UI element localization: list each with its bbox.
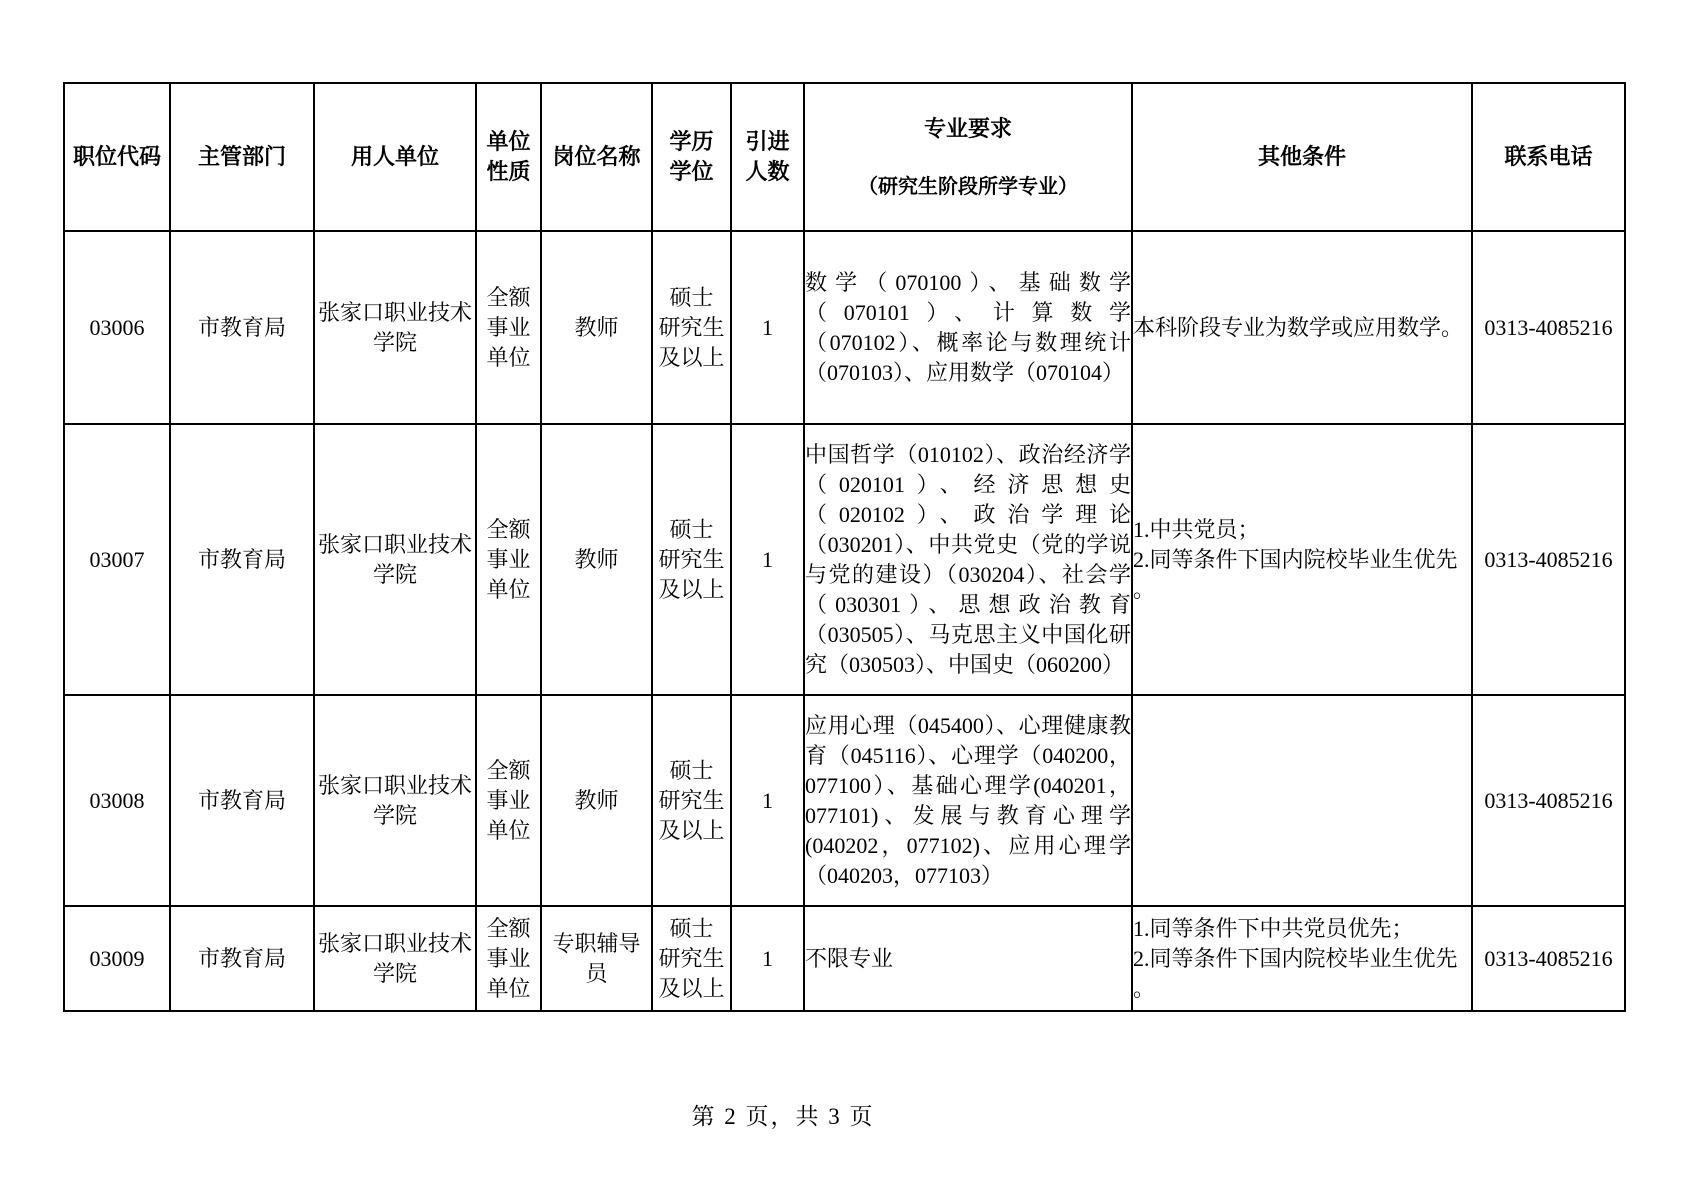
table-row: 03006 市教育局 张家口职业技术学院 全额 事业 单位 教师 硕士 研究生 …: [64, 231, 1625, 424]
cell-department: 市教育局: [170, 424, 314, 695]
cell-employer: 张家口职业技术学院: [314, 424, 476, 695]
cell-position-name: 教师: [541, 695, 652, 906]
cell-education: 硕士 研究生 及以上: [652, 695, 731, 906]
document-page: 职位代码 主管部门 用人单位 单位 性质 岗位名称 学历 学位 引进 人数 专业…: [0, 0, 1684, 1191]
cell-department: 市教育局: [170, 231, 314, 424]
header-major-requirements: 专业要求 （研究生阶段所学专业）: [804, 83, 1132, 231]
cell-unit-type: 全额 事业 单位: [476, 906, 541, 1011]
cell-headcount: 1: [731, 906, 804, 1011]
table-row: 03008 市教育局 张家口职业技术学院 全额 事业 单位 教师 硕士 研究生 …: [64, 695, 1625, 906]
header-phone: 联系电话: [1472, 83, 1625, 231]
cell-department: 市教育局: [170, 906, 314, 1011]
cell-phone: 0313-4085216: [1472, 231, 1625, 424]
cell-position-code: 03006: [64, 231, 170, 424]
cell-department: 市教育局: [170, 695, 314, 906]
header-unit-type: 单位 性质: [476, 83, 541, 231]
header-other-conditions: 其他条件: [1132, 83, 1472, 231]
cell-phone: 0313-4085216: [1472, 695, 1625, 906]
header-major-subtitle: （研究生阶段所学专业）: [805, 174, 1131, 200]
cell-headcount: 1: [731, 231, 804, 424]
table-row: 03007 市教育局 张家口职业技术学院 全额 事业 单位 教师 硕士 研究生 …: [64, 424, 1625, 695]
cell-headcount: 1: [731, 695, 804, 906]
cell-major-requirements: 中国哲学（010102）、政治经济学（020101）、经济思想史（020102）…: [804, 424, 1132, 695]
table-row: 03009 市教育局 张家口职业技术学院 全额 事业 单位 专职辅导员 硕士 研…: [64, 906, 1625, 1011]
cell-employer: 张家口职业技术学院: [314, 695, 476, 906]
header-position-code: 职位代码: [64, 83, 170, 231]
cell-education: 硕士 研究生 及以上: [652, 231, 731, 424]
cell-other-conditions: 本科阶段专业为数学或应用数学。: [1132, 231, 1472, 424]
cell-phone: 0313-4085216: [1472, 906, 1625, 1011]
page-indicator: 第 2 页，共 3 页: [63, 1098, 1503, 1131]
cell-unit-type: 全额 事业 单位: [476, 231, 541, 424]
cell-headcount: 1: [731, 424, 804, 695]
cell-other-conditions: 1.中共党员； 2.同等条件下国内院校毕业生优先 。: [1132, 424, 1472, 695]
cell-other-conditions: [1132, 695, 1472, 906]
cell-position-name: 教师: [541, 231, 652, 424]
positions-table: 职位代码 主管部门 用人单位 单位 性质 岗位名称 学历 学位 引进 人数 专业…: [63, 82, 1626, 1012]
cell-education: 硕士 研究生 及以上: [652, 424, 731, 695]
cell-position-name: 教师: [541, 424, 652, 695]
cell-employer: 张家口职业技术学院: [314, 906, 476, 1011]
cell-education: 硕士 研究生 及以上: [652, 906, 731, 1011]
header-position-name: 岗位名称: [541, 83, 652, 231]
header-major-title: 专业要求: [805, 114, 1131, 144]
cell-major-requirements: 应用心理（045400）、心理健康教育（045116）、心理学（040200，0…: [804, 695, 1132, 906]
cell-position-code: 03009: [64, 906, 170, 1011]
cell-major-requirements: 不限专业: [804, 906, 1132, 1011]
cell-phone: 0313-4085216: [1472, 424, 1625, 695]
header-education: 学历 学位: [652, 83, 731, 231]
cell-unit-type: 全额 事业 单位: [476, 424, 541, 695]
cell-position-code: 03007: [64, 424, 170, 695]
cell-position-code: 03008: [64, 695, 170, 906]
cell-unit-type: 全额 事业 单位: [476, 695, 541, 906]
header-headcount: 引进 人数: [731, 83, 804, 231]
header-department: 主管部门: [170, 83, 314, 231]
cell-employer: 张家口职业技术学院: [314, 231, 476, 424]
cell-position-name: 专职辅导员: [541, 906, 652, 1011]
table-header-row: 职位代码 主管部门 用人单位 单位 性质 岗位名称 学历 学位 引进 人数 专业…: [64, 83, 1625, 231]
cell-major-requirements: 数学（070100）、基础数学（070101）、计算数学（070102）、概率论…: [804, 231, 1132, 424]
header-employer: 用人单位: [314, 83, 476, 231]
cell-other-conditions: 1.同等条件下中共党员优先； 2.同等条件下国内院校毕业生优先 。: [1132, 906, 1472, 1011]
